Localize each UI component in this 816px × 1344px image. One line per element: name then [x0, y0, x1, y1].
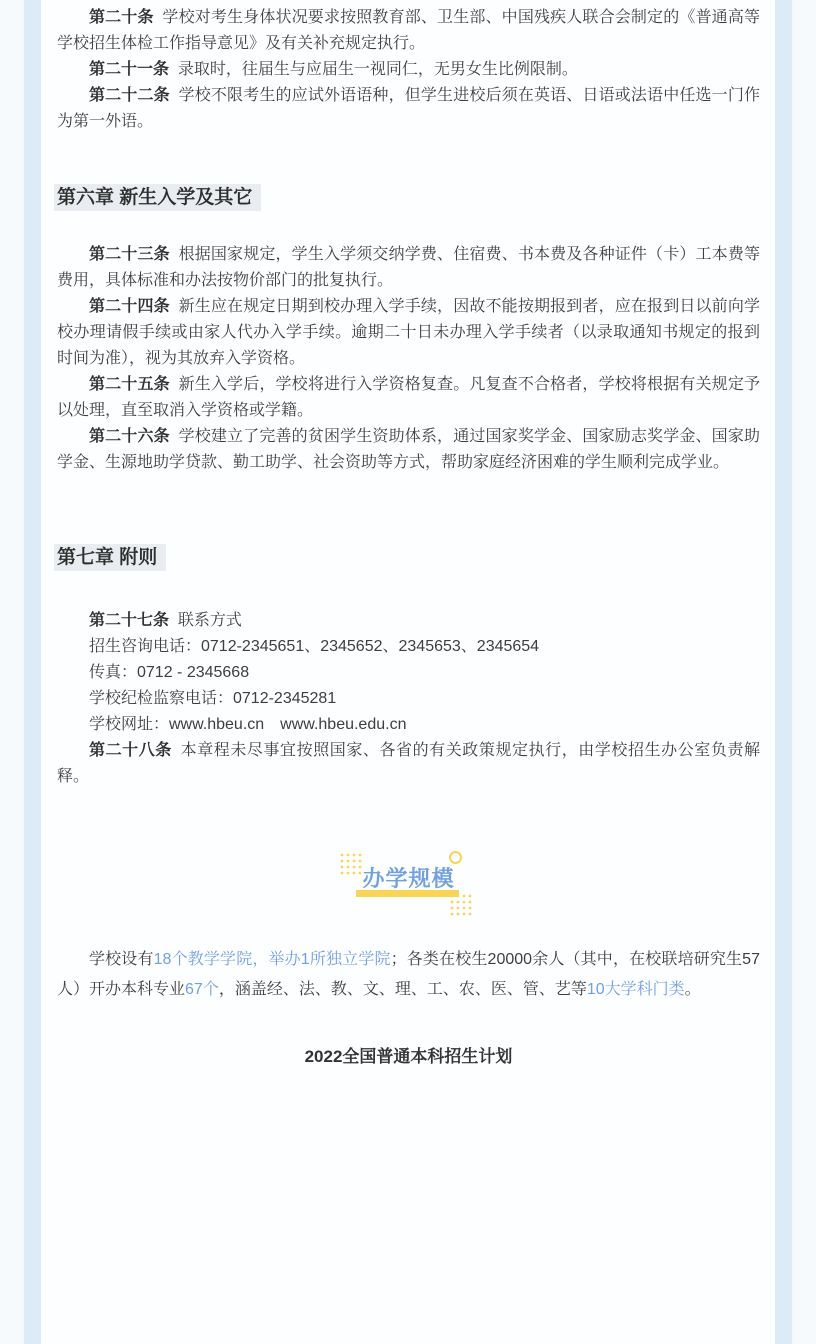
scale-accent-text: 10大学科门类	[587, 981, 685, 998]
left-border-stripe	[24, 0, 41, 1344]
article-text: 录取时，往届生与应届生一视同仁，无男女生比例限制。	[178, 61, 578, 78]
article-number-label: 第二十一条	[89, 61, 169, 78]
article-paragraph: 第二十五条新生入学后，学校将进行入学资格复查。凡复查不合格者，学校将根据有关规定…	[57, 372, 760, 424]
contact-line: 学校纪检监察电话：0712-2345281	[57, 686, 760, 712]
chapter-heading: 第六章 新生入学及其它	[54, 184, 261, 211]
contact-fax-text: 传真：0712 - 2345668	[89, 664, 249, 681]
article-paragraph: 第二十一条录取时，往届生与应届生一视同仁，无男女生比例限制。	[57, 57, 760, 83]
scale-accent-text: 18个教学学院，举办1所独立学院	[154, 951, 391, 968]
contact-line: 传真：0712 - 2345668	[57, 660, 760, 686]
dots-pattern-icon	[339, 852, 362, 875]
right-border-stripe	[775, 0, 792, 1344]
article-paragraph: 第二十六条学校建立了完善的贫困学生资助体系，通过国家奖学金、国家励志奖学金、国家…	[57, 424, 760, 476]
article-paragraph: 第二十二条学校不限考生的应试外语语种，但学生进校后须在英语、日语或法语中任选一门…	[57, 83, 760, 135]
scale-text: 。	[685, 981, 701, 998]
document-content: 第二十条学校对考生身体状况要求按照教育部、卫生部、中国残疾人联合会制定的《普通高…	[57, 0, 760, 1344]
article-paragraph: 第二十八条本章程未尽事宜按照国家、各省的有关政策规定执行，由学校招生办公室负责解…	[57, 738, 760, 790]
article-number-label: 第二十五条	[89, 376, 170, 393]
contact-line: 学校网址：www.hbeu.cn www.hbeu.edu.cn	[57, 712, 760, 738]
article-text: 学校对考生身体状况要求按照教育部、卫生部、中国残疾人联合会制定的《普通高等学校招…	[57, 9, 760, 52]
scale-text: ，涵盖经、法、教、文、理、工、农、医、管、艺等	[219, 981, 587, 998]
article-paragraph: 第二十四条新生应在规定日期到校办理入学手续，因故不能按期报到者，应在报到日以前向…	[57, 294, 760, 372]
contact-supervision-text: 学校纪检监察电话：0712-2345281	[89, 690, 336, 707]
dots-pattern-icon	[449, 893, 472, 916]
scale-text: 学校设有	[89, 951, 154, 968]
plan-title: 2022全国普通本科招生计划	[57, 1045, 760, 1069]
chapter-6-heading-row: 第六章 新生入学及其它	[54, 184, 760, 211]
page: { "colors": { "accent_blue": "#6f9fe6", …	[0, 0, 816, 1344]
article-paragraph: 第二十七条联系方式	[57, 608, 760, 634]
chapter-7-heading-row: 第七章 附则	[54, 544, 760, 571]
scale-accent-text: 67个	[185, 981, 219, 998]
contact-website-text: 学校网址：www.hbeu.cn www.hbeu.edu.cn	[89, 716, 406, 733]
article-paragraph: 第二十三条根据国家规定，学生入学须交纳学费、住宿费、书本费及各种证件（卡）工本费…	[57, 242, 760, 294]
article-number-label: 第二十三条	[89, 246, 170, 263]
chapter-heading: 第七章 附则	[54, 544, 166, 571]
circle-icon	[449, 851, 462, 864]
section-badge-title: 办学规模	[362, 866, 454, 891]
left-page-margin	[0, 0, 24, 1344]
section-badge-row: 办学规模	[57, 862, 760, 897]
article-number-label: 第二十四条	[89, 298, 170, 315]
article-number-label: 第二十八条	[89, 742, 172, 759]
article-number-label: 第二十六条	[89, 428, 170, 445]
contact-line: 招生咨询电话：0712-2345651、2345652、2345653、2345…	[57, 634, 760, 660]
scale-paragraph: 学校设有18个教学学院，举办1所独立学院；各类在校生20000余人（其中，在校联…	[57, 945, 760, 1005]
article-number-label: 第二十二条	[89, 87, 170, 104]
article-number-label: 第二十七条	[89, 612, 169, 629]
badge-underline-bar	[356, 890, 458, 897]
article-text: 联系方式	[178, 612, 242, 629]
article-number-label: 第二十条	[89, 9, 154, 26]
article-paragraph: 第二十条学校对考生身体状况要求按照教育部、卫生部、中国残疾人联合会制定的《普通高…	[57, 5, 760, 57]
section-badge: 办学规模	[360, 862, 456, 897]
contact-phone-text: 招生咨询电话：0712-2345651、2345652、2345653、2345…	[89, 638, 539, 655]
right-page-margin	[792, 0, 816, 1344]
